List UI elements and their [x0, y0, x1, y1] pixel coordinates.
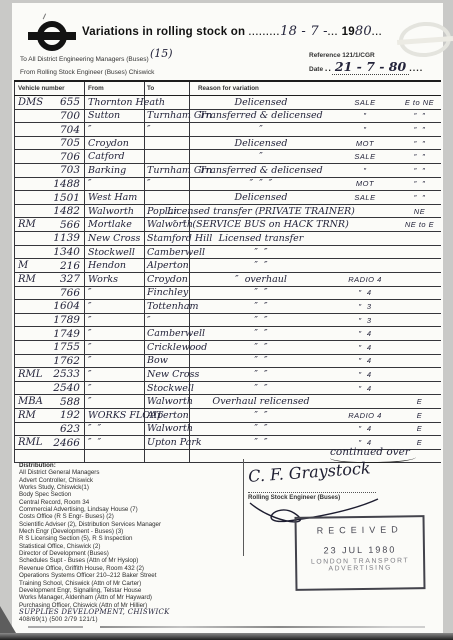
distribution-item: Works Manager, Aldenham (Attn of Mr Hayw…: [19, 594, 245, 601]
from-garage-text: ″: [88, 383, 92, 394]
table-row: 1482WalworthPoplarLicensed transfer (PRI…: [14, 205, 441, 219]
cell-reason: ″ ″: [190, 300, 332, 313]
from-garage-text: ″: [88, 124, 92, 135]
reason-text: ″: [259, 151, 263, 162]
cell-from-garage: Catford: [85, 150, 145, 163]
cell-to-garage: ″: [145, 178, 190, 191]
cell-reason: ″ ″: [190, 436, 332, 449]
vehicle-fleet-number: 706: [60, 151, 80, 163]
cell-division-note: [398, 273, 441, 286]
table-row: DMS655Thornton HeathDelicensedSALEE to N…: [14, 96, 441, 110]
cell-reason: ″ ″: [190, 382, 332, 395]
cell-disposal-note: ″ 4: [332, 382, 398, 395]
vehicle-fleet-number: 700: [60, 110, 80, 122]
cell-from-garage: ″: [85, 341, 145, 354]
table-header-row: Vehicle number From To Reason for variat…: [14, 82, 441, 96]
cell-vehicle-number: 700: [14, 110, 85, 123]
cell-vehicle-number: 1340: [14, 246, 85, 259]
table-row: 1762″Bow″ ″″ 4: [14, 355, 441, 369]
table-row: 1749″Camberwell″ ″″ 4: [14, 327, 441, 341]
form-title-text: Variations in rolling stock on: [82, 26, 245, 38]
reason-text: ″ overhaul: [235, 274, 287, 285]
from-garage-text: West Ham: [88, 192, 137, 203]
cell-disposal-note: [332, 246, 398, 259]
vehicle-fleet-number: 655: [60, 96, 80, 108]
cell-disposal-note: ″ 4: [332, 327, 398, 340]
cell-division-note: ″ ″: [398, 164, 441, 177]
disposal-note-text: MOT: [356, 179, 374, 188]
cell-disposal-note: SALE: [332, 191, 398, 204]
vehicle-fleet-number: 1340: [53, 246, 80, 258]
cell-disposal-note: [332, 259, 398, 272]
disposal-note-text: ″: [363, 166, 366, 175]
signature-block: C. F. Graystock Rolling Stock Engineer (…: [248, 461, 418, 501]
cell-reason: Transferred & delicensed: [190, 164, 332, 177]
reason-text: ″ ″: [254, 342, 267, 353]
disposal-note-text: ″ 4: [359, 356, 372, 365]
column-header-vehicle-number: Vehicle number: [14, 82, 85, 95]
stamp-date: 23 JUL 1980: [297, 544, 423, 556]
cell-from-garage: ″ ″: [85, 436, 145, 449]
to-garage-text: ″: [147, 124, 151, 135]
to-garage-text: Alperton: [147, 260, 189, 271]
disposal-note-text: SALE: [354, 98, 375, 107]
cell-disposal-note: [332, 205, 398, 218]
disposal-note-text: ″ 4: [359, 370, 372, 379]
cell-disposal-note: ″: [332, 123, 398, 136]
vehicle-fleet-number: 1139: [53, 232, 80, 244]
stamp-org-line2: ADVERTISING: [297, 564, 423, 573]
cell-from-garage: Hendon: [85, 259, 145, 272]
cell-from-garage: ″: [85, 382, 145, 395]
distribution-item: Costs Office (R S Engr- Buses) (2): [19, 513, 245, 520]
scan-artifact-mark: [41, 13, 46, 20]
to-garage-text: Bow: [147, 355, 168, 366]
cell-from-garage: Stockwell: [85, 246, 145, 259]
cell-from-garage: ″: [85, 123, 145, 136]
cell-from-garage: Croydon: [85, 137, 145, 150]
distribution-title: Distribution:: [19, 462, 245, 469]
reason-text: Transferred & delicensed: [199, 110, 322, 121]
division-note-text: E to NE: [405, 98, 434, 107]
cell-from-garage: Barking: [85, 164, 145, 177]
distribution-item: Works Study, Chiswick(1): [19, 484, 245, 491]
division-note-text: NE to E: [405, 220, 434, 229]
cell-reason: Delicensed: [190, 191, 332, 204]
disposal-note-text: ″ 4: [359, 424, 372, 433]
table-row: 623″ ″Walworth″ ″″ 4E: [14, 423, 441, 437]
cell-to-garage: [145, 150, 190, 163]
reason-text: ″: [259, 124, 263, 135]
distribution-item: All District General Managers: [19, 469, 245, 476]
vehicle-fleet-number: 1482: [53, 205, 80, 217]
cell-division-note: [398, 314, 441, 327]
reason-text: ″ ″: [254, 315, 267, 326]
cell-to-garage: Croydon: [145, 273, 190, 286]
cell-disposal-note: ″: [332, 110, 398, 123]
table-row: RM566MortlakeWalworth″ ″ (SERVICE BUS on…: [14, 218, 441, 232]
cell-to-garage: [145, 450, 190, 463]
cell-reason: Delicensed: [190, 137, 332, 150]
scan-edge-band: [0, 633, 453, 640]
cell-vehicle-number: M216: [14, 259, 85, 272]
vehicle-class-prefix: M: [18, 260, 28, 271]
handwritten-distribution-item: SUPPLIES DEVELOPMENT, CHISWICK: [19, 609, 245, 616]
cell-vehicle-number: 1749: [14, 327, 85, 340]
reason-text: Licensed transfer (PRIVATE TRAINER): [167, 206, 355, 217]
cell-to-garage: Upton Park: [145, 436, 190, 449]
cell-division-note: [398, 259, 441, 272]
distribution-item: Mech Engr (Development - Buses) (3): [19, 528, 245, 535]
cell-to-garage: Walworth: [145, 423, 190, 436]
cell-to-garage: [145, 96, 190, 109]
vehicle-fleet-number: 704: [60, 124, 80, 136]
faint-roundel-bar: [397, 36, 453, 45]
cell-to-garage: [145, 137, 190, 150]
to-garage-text: ″: [147, 178, 151, 189]
distribution-item: Training School, Chiswick (Attn of Mr Ca…: [19, 580, 245, 587]
cell-reason: ″ overhaul: [190, 273, 332, 286]
from-garage-text: ″: [88, 301, 92, 312]
dotted-leader: ....: [409, 63, 423, 73]
cell-vehicle-number: 706: [14, 150, 85, 163]
roundel-bar-icon: [28, 32, 76, 40]
cell-vehicle-number: RM327: [14, 273, 85, 286]
division-note-text: E: [417, 411, 423, 420]
table-row: 766″Finchley″ ″″ 4: [14, 287, 441, 301]
from-garage-text: ″: [88, 287, 92, 298]
date-label: Date: [309, 66, 323, 73]
cell-from-garage: Walworth: [85, 205, 145, 218]
disposal-note-text: RADIO 4: [348, 411, 382, 420]
cell-vehicle-number: 1789: [14, 314, 85, 327]
cell-from-garage: ″: [85, 300, 145, 313]
cell-vehicle-number: 703: [14, 164, 85, 177]
from-garage-text: ″: [88, 396, 92, 407]
cell-vehicle-number: 2540: [14, 382, 85, 395]
handwritten-count-annotation: (15): [150, 47, 173, 60]
cell-from-garage: WORKS FLOAT: [85, 409, 145, 422]
reason-text: ″ ″: [254, 247, 267, 258]
from-garage-text: ″ ″: [88, 423, 101, 434]
cell-disposal-note: ″ 4: [332, 355, 398, 368]
from-garage-text: ″: [88, 369, 92, 380]
column-header-from: From: [85, 82, 145, 95]
cell-division-note: NE to E: [398, 218, 441, 231]
cell-reason: ″ ″ ″: [190, 178, 332, 191]
cell-vehicle-number: RM566: [14, 218, 85, 231]
cell-to-garage: Turnham Grn: [145, 164, 190, 177]
cell-from-garage: Mortlake: [85, 218, 145, 231]
reason-text: Delicensed: [235, 138, 288, 149]
from-garage-text: Barking: [88, 165, 126, 176]
cell-division-note: ″ ″: [398, 191, 441, 204]
cell-to-garage: New Cross: [145, 368, 190, 381]
disposal-note-text: SALE: [354, 193, 375, 202]
cell-disposal-note: SALE: [332, 150, 398, 163]
cell-division-note: [398, 368, 441, 381]
cell-vehicle-number: DMS655: [14, 96, 85, 109]
vehicle-class-prefix: RML: [18, 369, 42, 380]
cell-from-garage: ″: [85, 287, 145, 300]
cell-division-note: [398, 327, 441, 340]
vehicle-fleet-number: 327: [60, 273, 80, 285]
cell-vehicle-number: 1762: [14, 355, 85, 368]
cell-division-note: ″ ″: [398, 110, 441, 123]
cell-vehicle-number: 1139: [14, 232, 85, 245]
cell-from-garage: Sutton: [85, 110, 145, 123]
from-garage-text: ″: [88, 355, 92, 366]
reason-text: ″ ″: [254, 437, 267, 448]
cell-disposal-note: [332, 395, 398, 408]
cell-from-garage: ″: [85, 395, 145, 408]
distribution-item: Central Record, Room 34: [19, 499, 245, 506]
form-print-codes: 408/69(1) (500 2/79 121/1): [19, 616, 245, 623]
cell-disposal-note: [332, 218, 398, 231]
cell-disposal-note: SALE: [332, 96, 398, 109]
distribution-item: R S Licensing Section (5), R S Inspectio…: [19, 535, 245, 542]
division-note-text: E: [417, 424, 423, 433]
cell-division-note: E: [398, 423, 441, 436]
cell-division-note: [398, 300, 441, 313]
cell-reason: ″ ″ (SERVICE BUS on HACK TRNR): [190, 218, 332, 231]
cell-reason: ″ ″: [190, 423, 332, 436]
reason-text: ″ ″: [254, 355, 267, 366]
to-garage-text: Walworth: [147, 423, 193, 434]
reason-text: ″ ″: [254, 328, 267, 339]
cell-to-garage: Turnham Grn: [145, 110, 190, 123]
from-garage-text: Croydon: [88, 138, 129, 149]
vehicle-fleet-number: 566: [60, 219, 80, 231]
distribution-item: Operations Systems Officer 210–212 Baker…: [19, 572, 245, 579]
received-date-stamp: RECEIVED 23 JUL 1980 LONDON TRANSPORT AD…: [294, 515, 425, 591]
cell-from-garage: ″: [85, 327, 145, 340]
cell-division-note: [398, 382, 441, 395]
cell-reason: ″ ″: [190, 355, 332, 368]
cell-disposal-note: MOT: [332, 137, 398, 150]
table-row: 705CroydonDelicensedMOT″ ″: [14, 137, 441, 151]
to-garage-text: ″: [147, 315, 151, 326]
cell-reason: Licensed transfer: [190, 232, 332, 245]
table-row: 704″″″″″ ″: [14, 123, 441, 137]
dotted-leader: ...: [372, 27, 383, 37]
column-header-reason: Reason for variation: [190, 82, 259, 95]
reason-text: ″ ″: [254, 383, 267, 394]
cell-disposal-note: RADIO 4: [332, 409, 398, 422]
division-note-text: ″ ″: [414, 125, 425, 134]
cell-disposal-note: ″ 4: [332, 287, 398, 300]
vehicle-fleet-number: 1762: [53, 355, 80, 367]
vehicle-fleet-number: 623: [60, 423, 80, 435]
cell-from-garage: ″: [85, 355, 145, 368]
dotted-leader: .........: [249, 27, 281, 37]
dotted-leader: ...: [328, 27, 339, 37]
vehicle-class-prefix: RM: [18, 410, 36, 421]
vehicle-fleet-number: 703: [60, 164, 80, 176]
cell-vehicle-number: [14, 450, 85, 463]
reason-text: ″ ″: [254, 369, 267, 380]
vehicle-class-prefix: RM: [18, 219, 36, 230]
cell-disposal-note: RADIO 4: [332, 273, 398, 286]
dotted-leader: ..: [325, 63, 332, 73]
disposal-note-text: RADIO 4: [348, 275, 382, 284]
from-garage-text: Works: [88, 274, 118, 285]
cell-vehicle-number: 623: [14, 423, 85, 436]
faint-embossed-roundel-icon: [398, 20, 452, 59]
table-row: 1501West HamDelicensedSALE″ ″: [14, 191, 441, 205]
cell-division-note: [398, 246, 441, 259]
distribution-item: Body Spec Section: [19, 491, 245, 498]
page-corner-curl: [0, 606, 16, 633]
cell-reason: ″ ″: [190, 327, 332, 340]
vehicle-fleet-number: 2533: [53, 368, 80, 380]
reason-text: ″ ″ (SERVICE BUS on HACK TRNR): [173, 219, 349, 230]
cell-vehicle-number: MBA588: [14, 395, 85, 408]
reason-text: Transferred & delicensed: [199, 165, 322, 176]
cell-to-garage: Alperton: [145, 259, 190, 272]
from-garage-text: ″: [88, 315, 92, 326]
cell-vehicle-number: 1604: [14, 300, 85, 313]
vehicle-fleet-number: 1488: [53, 178, 80, 190]
issue-date-line: Date ..21 - 7 - 80....: [309, 59, 423, 74]
vehicle-fleet-number: 705: [60, 137, 80, 149]
to-garage-text: Alperton: [147, 410, 189, 421]
cell-vehicle-number: RML2466: [14, 436, 85, 449]
division-note-text: ″ ″: [414, 139, 425, 148]
disposal-note-text: ″ 3: [359, 302, 372, 311]
cell-vehicle-number: 766: [14, 287, 85, 300]
cell-disposal-note: ″ 3: [332, 314, 398, 327]
cell-disposal-note: ″ 4: [332, 423, 398, 436]
cell-from-garage: ″: [85, 178, 145, 191]
table-row: 703BarkingTurnham GrnTransferred & delic…: [14, 164, 441, 178]
cell-division-note: ″ ″: [398, 178, 441, 191]
division-note-text: ″ ″: [414, 111, 425, 120]
cell-disposal-note: MOT: [332, 178, 398, 191]
cell-to-garage: Bow: [145, 355, 190, 368]
table-row: MBA588″WalworthOverhaul relicensedE: [14, 395, 441, 409]
distribution-item: Schedules Supt - Buses (Attn of Mr Hyslo…: [19, 557, 245, 564]
cell-division-note: ″ ″: [398, 137, 441, 150]
from-garage-text: Catford: [88, 151, 125, 162]
reason-text: Licensed transfer: [219, 233, 304, 244]
from-garage-text: ″: [88, 328, 92, 339]
from-garage-text: ″: [88, 342, 92, 353]
cell-to-garage: Tottenham: [145, 300, 190, 313]
vehicle-fleet-number: 1749: [53, 328, 80, 340]
distribution-item: Statistical Office, Chiswick (2): [19, 543, 245, 550]
from-garage-text: Hendon: [88, 260, 126, 271]
table-row: RM192WORKS FLOATAlperton″ ″RADIO 4E: [14, 409, 441, 423]
cell-vehicle-number: RM192: [14, 409, 85, 422]
cell-from-garage: Works: [85, 273, 145, 286]
distribution-items: All District General ManagersAdvert Cont…: [19, 469, 245, 609]
vehicle-fleet-number: 1604: [53, 300, 80, 312]
cell-division-note: ″ ″: [398, 123, 441, 136]
cell-from-garage: [85, 450, 145, 463]
cell-vehicle-number: 705: [14, 137, 85, 150]
cell-to-garage: [145, 191, 190, 204]
division-note-text: ″ ″: [414, 152, 425, 161]
cell-from-garage: ″ ″: [85, 423, 145, 436]
distribution-list: Distribution: All District General Manag…: [19, 462, 245, 624]
table-row: 1755″Cricklewood″ ″″ 4: [14, 341, 441, 355]
from-garage-text: Stockwell: [88, 247, 135, 258]
cell-division-note: NE: [398, 205, 441, 218]
division-note-text: ″ ″: [414, 179, 425, 188]
table-row: M216HendonAlperton″ ″: [14, 259, 441, 273]
cell-division-note: [398, 287, 441, 300]
cell-disposal-note: ″ 4: [332, 341, 398, 354]
cell-vehicle-number: 1501: [14, 191, 85, 204]
to-garage-text: Walworth: [147, 396, 193, 407]
table-row: 706Catford″SALE″ ″: [14, 150, 441, 164]
table-row: 1139New CrossStamford HillLicensed trans…: [14, 232, 441, 246]
london-transport-roundel-logo: [28, 20, 76, 52]
cell-to-garage: Walworth: [145, 395, 190, 408]
distribution-item: Commercial Advertising, Lindsay House (7…: [19, 506, 245, 513]
from-garage-text: ″: [88, 178, 92, 189]
vehicle-class-prefix: DMS: [18, 97, 43, 108]
reason-text: ″ ″: [254, 287, 267, 298]
cell-to-garage: Finchley: [145, 287, 190, 300]
cell-reason: Licensed transfer (PRIVATE TRAINER): [190, 205, 332, 218]
scan-smudge-line: [100, 626, 425, 628]
disposal-note-text: ″ 4: [359, 288, 372, 297]
cell-reason: ″ ″: [190, 368, 332, 381]
cell-from-garage: ″: [85, 368, 145, 381]
from-garage-text: Sutton: [88, 110, 120, 121]
handwritten-year: 80: [355, 24, 372, 39]
from-garage-text: ″ ″: [88, 437, 101, 448]
cell-from-garage: New Cross: [85, 232, 145, 245]
cell-from-garage: West Ham: [85, 191, 145, 204]
disposal-note-text: ″ 4: [359, 329, 372, 338]
reason-text: ″ ″: [254, 410, 267, 421]
table-row: 1604″Tottenham″ ″″ 3: [14, 300, 441, 314]
from-garage-text: New Cross: [88, 233, 140, 244]
cell-division-note: [398, 341, 441, 354]
disposal-note-text: ″ 4: [359, 384, 372, 393]
cell-from-garage: ″: [85, 314, 145, 327]
cell-disposal-note: ″: [332, 164, 398, 177]
to-garage-text: Stockwell: [147, 383, 194, 394]
disposal-note-text: ″ 4: [359, 343, 372, 352]
cell-to-garage: Alperton: [145, 409, 190, 422]
division-note-text: NE: [414, 207, 425, 216]
table-row: 2540″Stockwell″ ″″ 4: [14, 382, 441, 396]
cell-reason: Transferred & delicensed: [190, 110, 332, 123]
handwritten-issue-date: 21 - 7 - 80: [332, 59, 409, 75]
cell-reason: Overhaul relicensed: [190, 395, 332, 408]
distribution-item: Advert Controller, Chiswick: [19, 477, 245, 484]
sender-line: From Rolling Stock Engineer (Buses) Chis…: [20, 69, 154, 76]
rolling-stock-table-body: DMS655Thornton HeathDelicensedSALEE to N…: [14, 96, 441, 463]
cell-vehicle-number: 1482: [14, 205, 85, 218]
cell-division-note: ″ ″: [398, 150, 441, 163]
to-garage-text: Croydon: [147, 274, 188, 285]
cell-division-note: [398, 355, 441, 368]
stamp-received-text: RECEIVED: [297, 524, 423, 536]
cell-vehicle-number: 704: [14, 123, 85, 136]
disposal-note-text: ″: [363, 111, 366, 120]
reason-text: Delicensed: [235, 97, 288, 108]
cell-to-garage: Camberwell: [145, 246, 190, 259]
vehicle-fleet-number: 1789: [53, 314, 80, 326]
reason-text: Delicensed: [235, 192, 288, 203]
cell-reason: ″: [190, 123, 332, 136]
form-title: Variations in rolling stock on .........…: [82, 24, 382, 39]
